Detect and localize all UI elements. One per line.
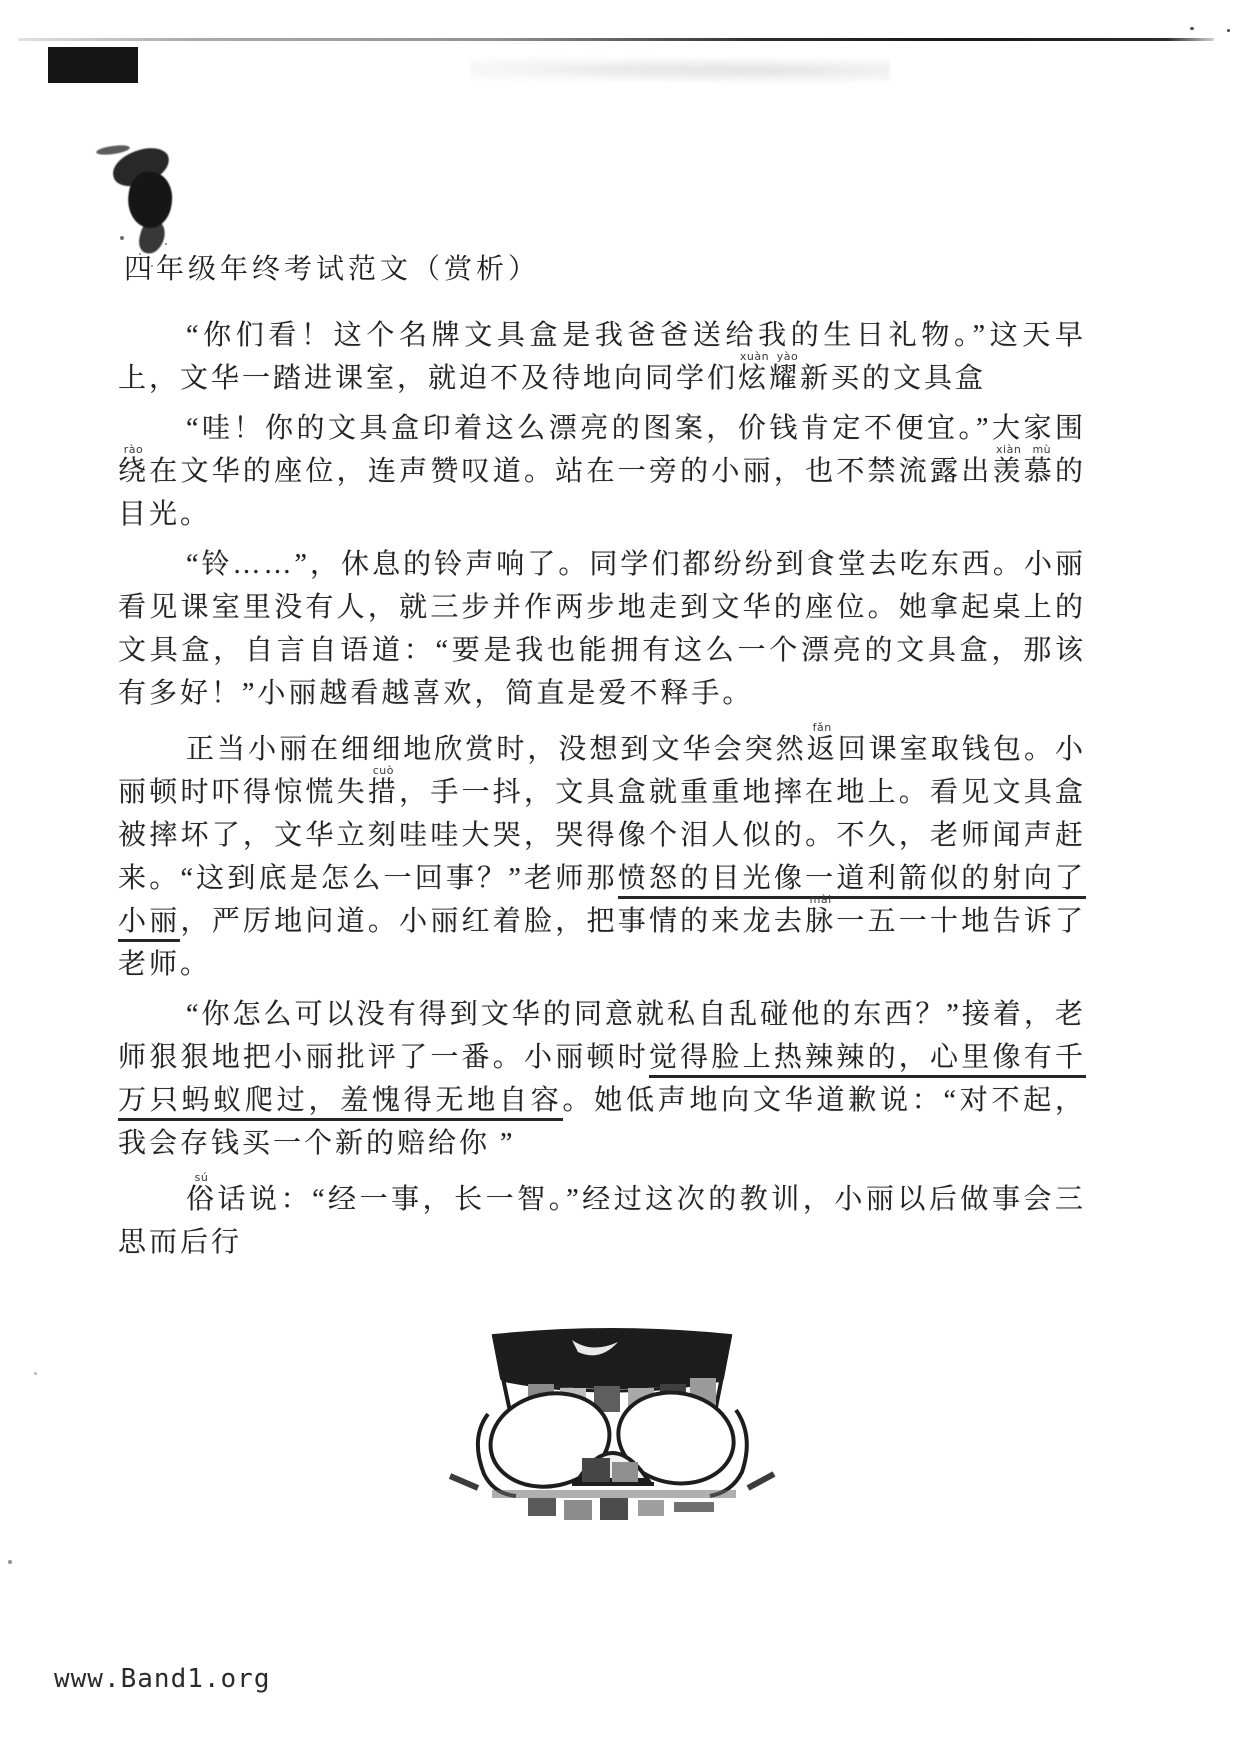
scan-speck: [8, 1560, 12, 1564]
essay-paragraph-5: “你怎么可以没有得到文华的同意就私自乱碰他的东西？”接着，老师狠狠地把小丽批评了…: [118, 993, 1086, 1165]
pinyin-text: fǎn: [807, 721, 838, 734]
faint-smudge: [470, 52, 890, 86]
scan-speck: [1190, 27, 1194, 30]
text-run: 脉: [805, 906, 836, 937]
text-run: 炫耀: [738, 363, 800, 394]
text-run: 正当小丽在细细地欣赏时，没想到文华会突然: [186, 734, 807, 765]
text-run: 返: [807, 734, 838, 765]
pinyin-annotated-word: 返fǎn: [807, 734, 838, 765]
pinyin-annotated-word: 脉mài: [805, 906, 836, 937]
text-run: “铃……”，休息的铃声响了。同学们都纷纷到食堂去吃东西。小丽看见课室里没有人，就…: [118, 549, 1086, 709]
text-run: 在文华的座位，连声赞叹道。站在一旁的小丽，也不禁流露出: [149, 456, 992, 487]
pinyin-text: xuàn yào: [738, 350, 800, 363]
text-run: 新买的文具盒: [800, 363, 986, 394]
pinyin-text: mài: [805, 893, 836, 906]
pinyin-text: rào: [118, 443, 149, 456]
scan-speck: [1227, 29, 1230, 32]
pinyin-text: xiàn mù: [992, 443, 1054, 456]
essay-body: 四年级年终考试范文（赏析） “你们看！这个名牌文具盒是我爸爸送给我的生日礼物。”…: [118, 252, 1086, 1271]
footer-watermark-url: www.Band1.org: [54, 1664, 271, 1694]
pinyin-annotated-word: 措cuò: [368, 777, 399, 808]
pencil-case-basket-illustration: [432, 1318, 792, 1533]
ink-blot-icon: [96, 144, 131, 157]
pinyin-annotated-word: 俗sú: [186, 1184, 218, 1215]
essay-paragraph-3: “铃……”，休息的铃声响了。同学们都纷纷到食堂去吃东西。小丽看见课室里没有人，就…: [118, 543, 1086, 715]
ink-specks: [120, 236, 124, 240]
essay-paragraph-2: “哇！你的文具盒印着这么漂亮的图案，价钱肯定不便宜。”大家围绕rào在文华的座位…: [118, 407, 1086, 536]
pinyin-text: cuò: [368, 764, 399, 777]
pinyin-annotated-word: 炫耀xuàn yào: [738, 363, 800, 394]
text-run: 绕: [118, 456, 149, 487]
essay-paragraph-4: 正当小丽在细细地欣赏时，没想到文华会突然返fǎn回课室取钱包。小丽顿时吓得惊慌失…: [118, 722, 1086, 986]
essay-paragraph-6: 俗sú话说：“经一事，长一智。”经过这次的教训，小丽以后做事会三思而后行: [118, 1172, 1086, 1264]
pinyin-text: sú: [186, 1171, 217, 1184]
essay-paragraph-1: “你们看！这个名牌文具盒是我爸爸送给我的生日礼物。”这天早上，文华一踏进课室，就…: [118, 314, 1086, 400]
scanner-streak-line: [18, 38, 1214, 41]
page-title: 四年级年终考试范文（赏析）: [124, 252, 1086, 288]
pinyin-annotated-word: 羡慕xiàn mù: [992, 456, 1054, 487]
black-scan-block: [48, 47, 138, 83]
pinyin-annotated-word: 绕rào: [118, 456, 149, 487]
text-run: 羡慕: [992, 456, 1054, 487]
text-run: 话说：“经一事，长一智。”经过这次的教训，小丽以后做事会三思而后行: [118, 1184, 1086, 1258]
scanned-document-page: 四年级年终考试范文（赏析） “你们看！这个名牌文具盒是我爸爸送给我的生日礼物。”…: [0, 0, 1239, 1754]
text-run: ，严厉地问道。小丽红着脸，把事情的来龙去: [180, 906, 805, 937]
text-run: 措: [368, 777, 399, 808]
text-run: 俗: [186, 1184, 218, 1215]
scan-speck: [34, 1372, 37, 1375]
text-run: “哇！你的文具盒印着这么漂亮的图案，价钱肯定不便宜。”大家围: [186, 413, 1086, 444]
